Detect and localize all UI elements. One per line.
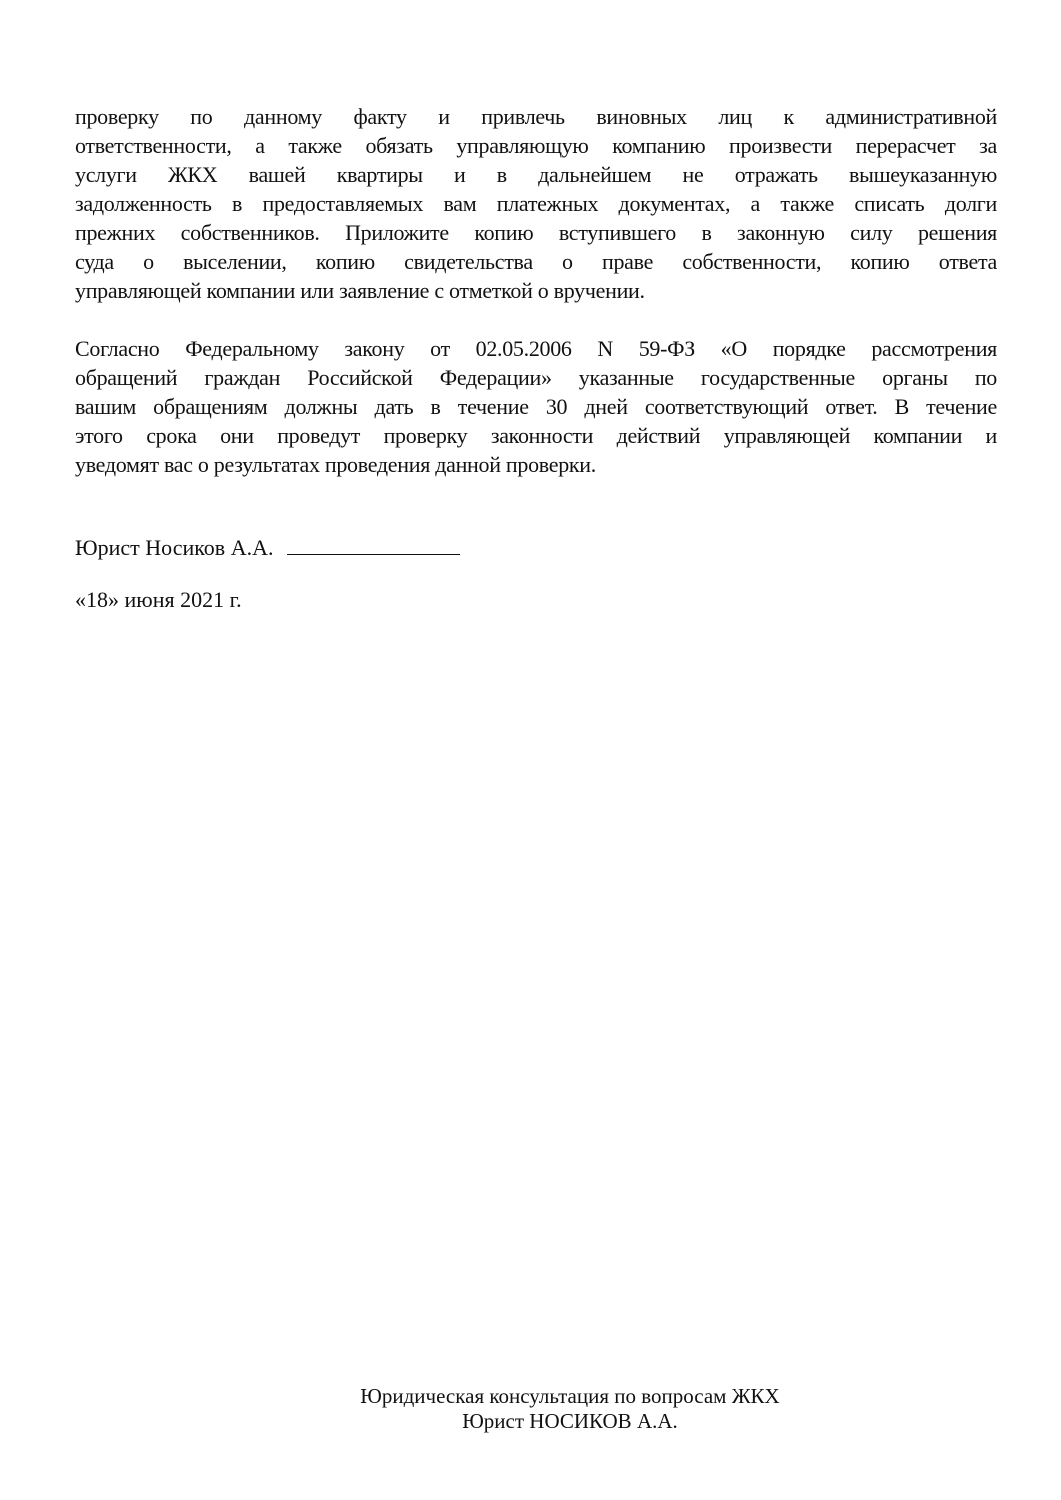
paragraph-recommendation: проверку по данному факту и привлечь вин… [75,102,997,305]
text-line: услуги ЖКХ вашей квартиры и в дальнейшем… [75,160,997,189]
paragraph-federal-law: Согласно Федеральному закону от 02.05.20… [75,334,997,479]
text-line: уведомят вас о результатах проведения да… [75,450,997,479]
text-line: Согласно Федеральному закону от 02.05.20… [75,334,997,363]
text-line: проверку по данному факту и привлечь вин… [75,102,997,131]
text-line: вашим обращениям должны дать в течение 3… [75,392,997,421]
text-line: обращений граждан Российской Федерации» … [75,363,997,392]
signature-line [287,536,460,555]
text-line: ответственности, а также обязать управля… [75,131,997,160]
text-line: задолженность в предоставляемых вам плат… [75,189,997,218]
text-line: этого срока они проведут проверку законн… [75,421,997,450]
text-line: управляющей компании или заявление с отм… [75,276,997,305]
text-line: суда о выселении, копию свидетельства о … [75,247,997,276]
page-footer: Юридическая консультация по вопросам ЖКХ… [300,1384,840,1434]
footer-organization: Юридическая консультация по вопросам ЖКХ [300,1384,840,1409]
document-date: «18» июня 2021 г. [75,585,242,614]
signature-block: Юрист Носиков А.А. [75,533,460,562]
footer-author: Юрист НОСИКОВ А.А. [300,1409,840,1434]
text-line: прежних собственников. Приложите копию в… [75,218,997,247]
signature-label: Юрист Носиков А.А. [75,535,273,560]
